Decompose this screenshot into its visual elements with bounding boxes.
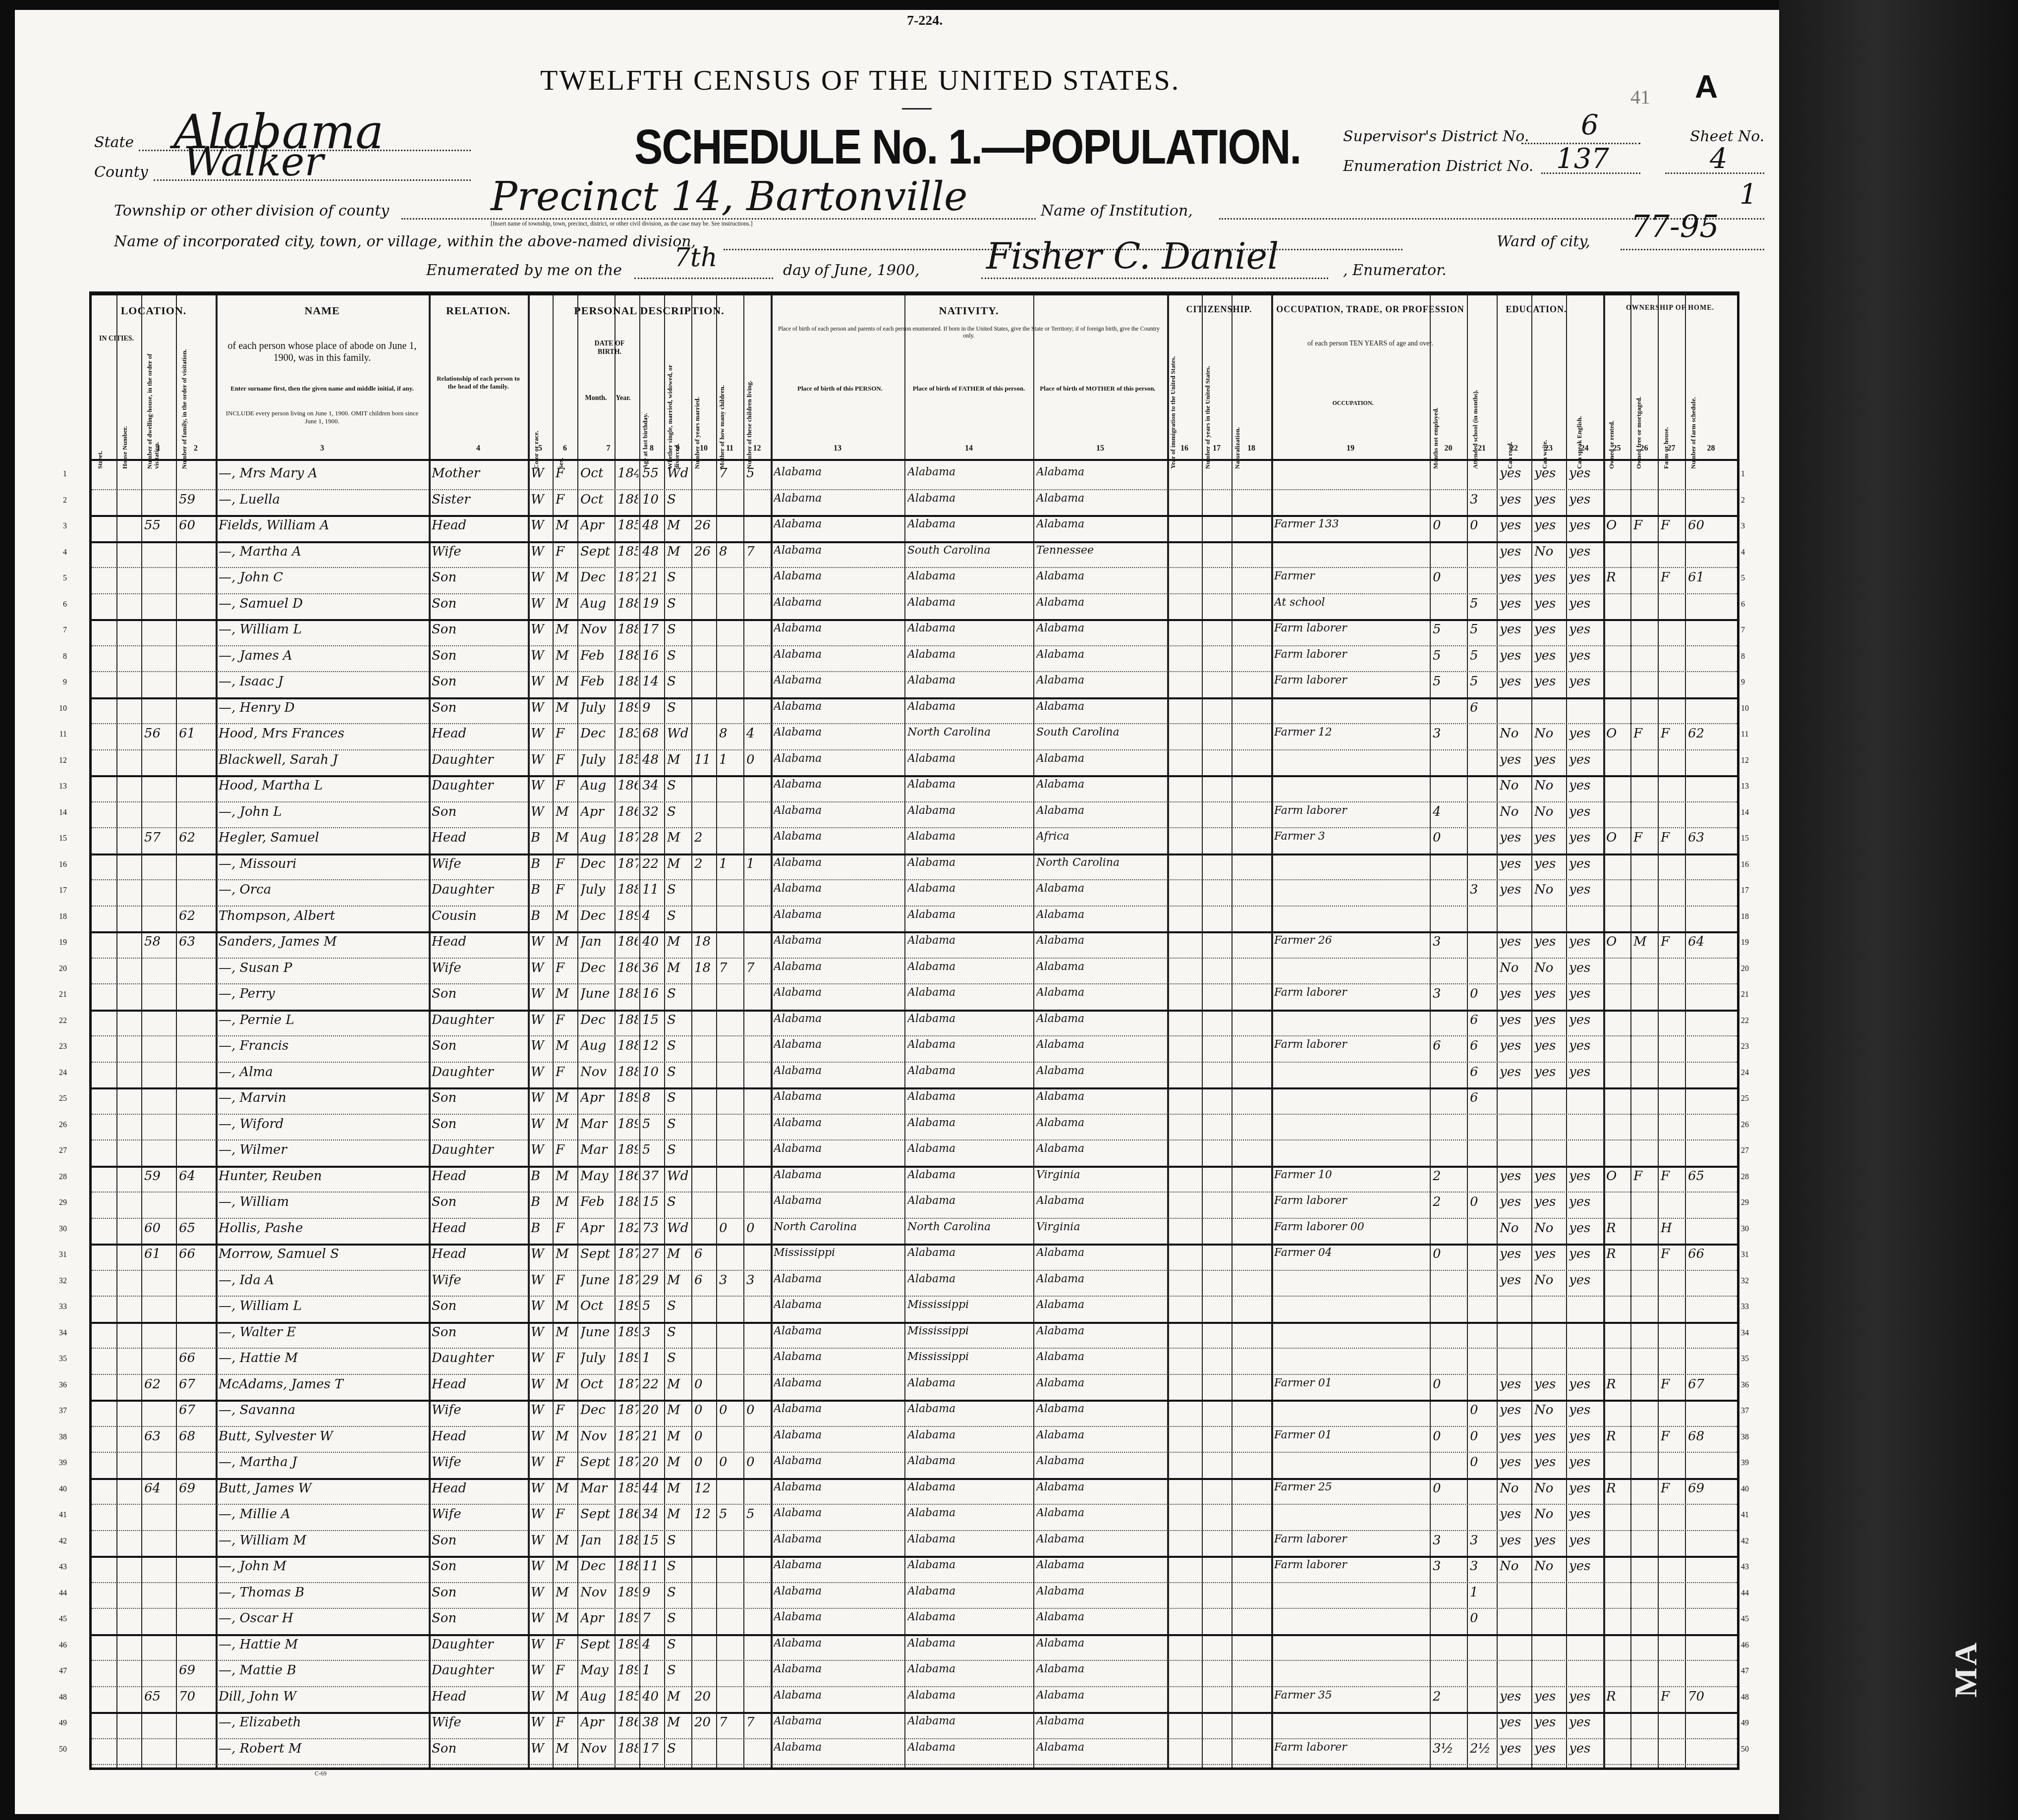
house-number-head: House Number. [121, 345, 141, 469]
cell-dw: 55 [144, 518, 175, 533]
cell-color: W [531, 1585, 552, 1600]
cell-bp: Alabama [774, 1169, 903, 1181]
cell-month: Dec [580, 1013, 614, 1027]
cell-sch: 0 [1470, 1455, 1496, 1470]
cell-fs: 63 [1688, 830, 1736, 845]
cell-bm: Virginia [1036, 1169, 1166, 1181]
cell-name: Thompson, Albert [219, 909, 428, 923]
cell-ym: 12 [694, 1481, 715, 1496]
cell-mar: M [667, 934, 690, 949]
cell-bp: Alabama [774, 492, 903, 505]
table-row: 5050—, Robert MSonWMNov188217SAlabamaAla… [92, 1738, 1737, 1765]
cell-occ: Farm laborer [1274, 648, 1429, 661]
cell-rel: Son [432, 570, 527, 585]
census-title: TWELFTH CENSUS OF THE UNITED STATES. [540, 63, 1180, 97]
cell-occ: Farm laborer [1274, 622, 1429, 634]
cell-sch: 5 [1470, 648, 1496, 663]
attended-school-head: Attended school (in months). [1472, 345, 1497, 469]
cell-year: 1882 [617, 622, 638, 637]
cell-dw: 62 [144, 1377, 175, 1392]
cell-age: 20 [642, 1455, 663, 1470]
table-row: 1313Hood, Martha LDaughterWFAug186534SAl… [92, 775, 1737, 802]
side-tab: MA [1948, 1641, 1984, 1698]
family-head: Number of family, in the order of visita… [181, 345, 211, 469]
table-row: 1717—, OrcaDaughterBFJuly188811SAlabamaA… [92, 879, 1737, 907]
cell-year: 1856 [617, 1481, 638, 1496]
cell-rel: Son [432, 1194, 527, 1209]
cell-eng: yes [1569, 466, 1602, 481]
line-number-right: 11 [1741, 730, 1761, 739]
cell-sex: M [556, 1481, 576, 1496]
cell-sex: F [556, 778, 576, 793]
cell-sex: M [556, 700, 576, 715]
cell-bf: Alabama [907, 1273, 1032, 1285]
cell-fs: 64 [1688, 934, 1736, 949]
cell-name: —, Mrs Mary A [219, 466, 428, 481]
line-number: 18 [47, 912, 67, 921]
occupation-head: OCCUPATION. [1276, 399, 1430, 406]
township-label: Township or other division of county [114, 202, 389, 220]
cell-bp: Alabama [774, 1663, 903, 1675]
cell-bm: Alabama [1036, 882, 1166, 895]
cell-fh: F [1661, 934, 1684, 949]
cell-own: R [1606, 1429, 1629, 1444]
table-row: 3939—, Martha JWifeWFSept187920M000Alaba… [92, 1452, 1737, 1480]
cell-bm: Africa [1036, 830, 1166, 843]
cell-mar: M [667, 1247, 690, 1261]
cell-color: W [531, 1637, 552, 1652]
line-number: 21 [47, 990, 67, 999]
cell-occ: Farm laborer [1274, 804, 1429, 817]
cell-bf: Alabama [907, 596, 1032, 609]
cell-bf: Alabama [907, 752, 1032, 765]
cell-rel: Son [432, 596, 527, 611]
cell-color: W [531, 1715, 552, 1730]
cell-own: R [1606, 1221, 1629, 1236]
line-number: 43 [47, 1563, 67, 1572]
cell-name: —, William M [219, 1533, 428, 1548]
cell-mar: M [667, 518, 690, 533]
column-number: 14 [904, 444, 1033, 453]
cell-occ: Farm laborer [1274, 1194, 1429, 1207]
years-married-head: Number of years married. [694, 345, 714, 469]
cell-bf: Alabama [907, 1013, 1032, 1025]
cell-year: 1883 [617, 986, 638, 1001]
cell-bm: Alabama [1036, 961, 1166, 973]
cell-fh: F [1661, 1429, 1684, 1444]
cell-color: W [531, 752, 552, 767]
cell-mar: Wd [667, 726, 690, 741]
cell-name: —, Oscar H [219, 1611, 428, 1626]
line-number: 5 [47, 574, 67, 583]
line-number: 42 [47, 1537, 67, 1546]
cell-occ: Farmer 3 [1274, 830, 1429, 843]
cell-month: Mar [580, 1481, 614, 1496]
cell-fam: 65 [179, 1221, 215, 1236]
farm-house-head: Farm or house. [1663, 345, 1682, 469]
cell-color: B [531, 909, 552, 923]
cell-read: No [1500, 961, 1530, 975]
table-row: 3333—, William LSonWMOct18945SAlabamaMis… [92, 1296, 1737, 1324]
table-row: 19195863Sanders, James MHeadWMJan186040M… [92, 931, 1737, 959]
cell-bf: Alabama [907, 674, 1032, 686]
cell-month: Aug [580, 596, 614, 611]
cell-bf: Alabama [907, 778, 1032, 791]
line-number-right: 6 [1741, 600, 1761, 609]
name-desc: of each person whose place of abode on J… [221, 340, 424, 364]
cell-eng: yes [1569, 1741, 1602, 1756]
cell-month: June [580, 1325, 614, 1340]
cell-fh: H [1661, 1221, 1684, 1236]
cell-write: No [1534, 1507, 1565, 1522]
cell-bm: Alabama [1036, 1507, 1166, 1519]
cell-bm: Alabama [1036, 1455, 1166, 1467]
cell-sex: F [556, 856, 576, 871]
cell-dw: 57 [144, 830, 175, 845]
cell-age: 44 [642, 1481, 663, 1496]
cell-color: W [531, 1247, 552, 1261]
cell-bp: Alabama [774, 1351, 903, 1363]
cell-dw: 63 [144, 1429, 175, 1444]
line-number-right: 37 [1741, 1407, 1761, 1416]
cell-eng: yes [1569, 1559, 1602, 1574]
cell-month: Aug [580, 1038, 614, 1053]
table-row: 2626—, WifordSonWMMar18955SAlabamaAlabam… [92, 1114, 1737, 1141]
cell-sex: F [556, 1663, 576, 1678]
cell-bp: Alabama [774, 1507, 903, 1519]
cell-eng: yes [1569, 1481, 1602, 1496]
cell-color: W [531, 492, 552, 507]
cell-bp: Alabama [774, 1741, 903, 1754]
cell-sex: M [556, 1117, 576, 1132]
cell-sex: M [556, 1429, 576, 1444]
cell-fm: F [1633, 726, 1657, 741]
cell-unemp: 0 [1433, 1377, 1466, 1392]
cell-bf: Alabama [907, 518, 1032, 530]
cell-bp: Alabama [774, 1455, 903, 1467]
cell-mar: S [667, 596, 690, 611]
enumerated-day-line [634, 278, 773, 279]
cell-write: yes [1534, 492, 1565, 507]
line-number-right: 38 [1741, 1433, 1761, 1442]
table-row: 88—, James ASonWMFeb188416SAlabamaAlabam… [92, 645, 1737, 673]
cell-rel: Son [432, 1325, 527, 1340]
cell-color: W [531, 934, 552, 949]
cell-name: —, Orca [219, 882, 428, 897]
cell-bf: Alabama [907, 1481, 1032, 1493]
table-row: 44—, Martha AWifeWFSept185148M2687Alabam… [92, 541, 1737, 569]
cell-unemp: 0 [1433, 570, 1466, 585]
cell-occ: Farm laborer [1274, 1559, 1429, 1571]
line-number: 3 [47, 522, 67, 531]
group-citizenship: CITIZENSHIP. [1167, 304, 1271, 315]
cell-rel: Son [432, 986, 527, 1001]
cell-color: W [531, 1663, 552, 1678]
cell-occ: Farmer 12 [1274, 726, 1429, 739]
line-number: 13 [47, 782, 67, 791]
cell-month: July [580, 1351, 614, 1365]
years-in-us-head: Number of years in the United States. [1204, 345, 1229, 469]
cell-eng: yes [1569, 1377, 1602, 1392]
cell-bf: Alabama [907, 492, 1032, 505]
cell-color: W [531, 1611, 552, 1626]
table-row: 1414—, John LSonWMApr186832SAlabamaAlaba… [92, 801, 1737, 829]
table-row: 4949—, ElizabethWifeWFApr186238M2077Alab… [92, 1712, 1737, 1739]
group-education: EDUCATION. [1469, 304, 1603, 315]
cell-bp: Alabama [774, 882, 903, 895]
cell-rel: Wife [432, 1507, 527, 1522]
cell-sex: F [556, 1221, 576, 1236]
cell-mar: S [667, 1013, 690, 1027]
line-number: 34 [47, 1329, 67, 1338]
cell-mo: 5 [719, 1507, 742, 1522]
line-number: 44 [47, 1589, 67, 1598]
cell-read: yes [1500, 1507, 1530, 1522]
table-row: 11115661Hood, Mrs FrancesHeadWFDec183168… [92, 723, 1737, 750]
cell-rel: Head [432, 1221, 527, 1236]
cell-read: yes [1500, 1741, 1530, 1756]
cell-unemp: 3 [1433, 986, 1466, 1001]
cell-name: —, William L [219, 1299, 428, 1313]
cell-rel: Son [432, 1585, 527, 1600]
cell-bm: North Carolina [1036, 856, 1166, 869]
cell-bm: Alabama [1036, 570, 1166, 582]
cell-bm: Alabama [1036, 648, 1166, 661]
cell-month: Aug [580, 778, 614, 793]
cell-read: yes [1500, 1455, 1530, 1470]
cell-bf: Alabama [907, 1429, 1032, 1441]
table-row: 99—, Isaac JSonWMFeb188614SAlabamaAlabam… [92, 671, 1737, 699]
cell-month: Apr [580, 1221, 614, 1236]
cell-age: 32 [642, 804, 663, 819]
cell-color: W [531, 466, 552, 481]
table-row: 3434—, Walter ESonWMJune18963SAlabamaMis… [92, 1322, 1737, 1349]
cell-fam: 66 [179, 1351, 215, 1365]
cell-dw: 56 [144, 726, 175, 741]
cell-eng: yes [1569, 830, 1602, 845]
cell-fam: 66 [179, 1247, 215, 1261]
cell-mar: M [667, 1429, 690, 1444]
cell-bf: North Carolina [907, 1221, 1032, 1233]
cell-mar: S [667, 909, 690, 923]
cell-age: 15 [642, 1013, 663, 1027]
city-label: Name of incorporated city, town, or vill… [114, 233, 696, 250]
cell-year: 1890 [617, 1585, 638, 1600]
cell-bf: Alabama [907, 1117, 1032, 1129]
cell-bp: Alabama [774, 1715, 903, 1727]
enumerated-day: 7th [674, 243, 717, 273]
cell-read: No [1500, 726, 1530, 741]
cell-age: 48 [642, 752, 663, 767]
cell-year: 1880 [617, 596, 638, 611]
cell-read: yes [1500, 518, 1530, 533]
cell-sex: M [556, 596, 576, 611]
line-number-right: 32 [1741, 1277, 1761, 1286]
cell-rel: Daughter [432, 752, 527, 767]
cell-read: yes [1500, 752, 1530, 767]
cell-unemp: 3½ [1433, 1741, 1466, 1756]
cell-name: McAdams, James T [219, 1377, 428, 1392]
cell-age: 55 [642, 466, 663, 481]
line-number-right: 16 [1741, 860, 1761, 869]
cell-eng: yes [1569, 1273, 1602, 1288]
cell-mar: S [667, 1351, 690, 1365]
cell-age: 7 [642, 1611, 663, 1626]
cell-mar: S [667, 1065, 690, 1080]
cell-age: 19 [642, 596, 663, 611]
table-row: 40406469Butt, James WHeadWMMar185644M12A… [92, 1478, 1737, 1505]
cell-fam: 67 [179, 1377, 215, 1392]
cell-fam: 69 [179, 1663, 215, 1678]
cell-month: May [580, 1169, 614, 1184]
line-number: 38 [47, 1433, 67, 1442]
cell-color: B [531, 1194, 552, 1209]
cell-read: No [1500, 1221, 1530, 1236]
cell-sex: M [556, 830, 576, 845]
line-number: 37 [47, 1407, 67, 1416]
color-head: Color or race. [533, 345, 553, 469]
cell-mar: M [667, 961, 690, 975]
cell-occ: Farm laborer [1274, 986, 1429, 999]
cell-bm: Alabama [1036, 674, 1166, 686]
line-number: 20 [47, 965, 67, 973]
cell-year: 1863 [617, 1169, 638, 1184]
cell-eng: yes [1569, 726, 1602, 741]
cell-bm: South Carolina [1036, 726, 1166, 739]
cell-ch: 3 [746, 1273, 770, 1288]
cell-ym: 18 [694, 961, 715, 975]
cell-read: yes [1500, 1273, 1530, 1288]
line-number: 26 [47, 1121, 67, 1130]
line-number-right: 3 [1741, 522, 1761, 531]
cell-age: 15 [642, 1194, 663, 1209]
township-note: [Insert name of township, town, precinct… [491, 220, 753, 227]
cell-read: yes [1500, 1429, 1530, 1444]
cell-sex: F [556, 492, 576, 507]
cell-rel: Daughter [432, 1663, 527, 1678]
table-row: 30306065Hollis, PasheHeadBFApr182773Wd00… [92, 1218, 1737, 1246]
cell-write: No [1534, 882, 1565, 897]
cell-sex: M [556, 1377, 576, 1392]
cell-bm: Alabama [1036, 1065, 1166, 1077]
cell-mar: S [667, 1142, 690, 1157]
cell-fh: F [1661, 1247, 1684, 1261]
cell-mar: S [667, 1559, 690, 1574]
cell-name: Blackwell, Sarah J [219, 752, 428, 767]
enumerator-signature: Fisher C. Daniel [986, 235, 1279, 277]
cell-name: —, John C [219, 570, 428, 585]
institution-label: Name of Institution, [1041, 202, 1193, 220]
line-number-right: 14 [1741, 808, 1761, 817]
cell-unemp: 3 [1433, 1533, 1466, 1548]
cell-write: yes [1534, 830, 1565, 845]
farm-schedule-head: Number of farm schedule. [1690, 345, 1710, 469]
cell-bf: Alabama [907, 1689, 1032, 1702]
cell-bp: Alabama [774, 830, 903, 843]
cell-ym: 0 [694, 1429, 715, 1444]
cell-rel: Head [432, 518, 527, 533]
cell-rel: Cousin [432, 909, 527, 923]
table-row: 4545—, Oscar HSonWMApr18937SAlabamaAlaba… [92, 1608, 1737, 1636]
cell-sex: F [556, 1065, 576, 1080]
cell-bp: Alabama [774, 1325, 903, 1337]
line-number: 12 [47, 756, 67, 765]
cell-unemp: 3 [1433, 1559, 1466, 1574]
cell-name: Butt, James W [219, 1481, 428, 1496]
cell-rel: Head [432, 1377, 527, 1392]
cell-name: —, Wiford [219, 1117, 428, 1132]
cell-age: 17 [642, 1741, 663, 1756]
cell-eng: yes [1569, 882, 1602, 897]
cell-occ: Farmer 04 [1274, 1247, 1429, 1259]
table-row: 373767—, SavannaWifeWFDec187920M000Alaba… [92, 1400, 1737, 1427]
cell-bf: South Carolina [907, 544, 1032, 557]
cell-year: 1844 [617, 466, 638, 481]
cell-name: —, Savanna [219, 1403, 428, 1418]
cell-month: Aug [580, 830, 614, 845]
cell-write: yes [1534, 622, 1565, 637]
cell-year: 1884 [617, 1013, 638, 1027]
cell-write: yes [1534, 1013, 1565, 1027]
cell-year: 1871 [617, 830, 638, 845]
cell-sex: F [556, 1637, 576, 1652]
cell-bf: Alabama [907, 882, 1032, 895]
cell-age: 27 [642, 1247, 663, 1261]
cell-occ: Farmer 133 [1274, 518, 1429, 530]
name-instr-2: INCLUDE every person living on June 1, 1… [225, 409, 419, 425]
cell-age: 40 [642, 1689, 663, 1704]
cell-mar: S [667, 1194, 690, 1209]
cell-read: yes [1500, 648, 1530, 663]
children-living-head: Number of these children living. [746, 345, 771, 469]
cell-month: Dec [580, 726, 614, 741]
cell-sch: 6 [1470, 1090, 1496, 1105]
cell-eng: yes [1569, 1247, 1602, 1261]
cell-name: —, James A [219, 648, 428, 663]
cell-read: No [1500, 804, 1530, 819]
cell-ym: 18 [694, 934, 715, 949]
cell-bp: Mississippi [774, 1247, 903, 1259]
cell-bp: Alabama [774, 1403, 903, 1415]
cell-age: 16 [642, 986, 663, 1001]
line-number: 27 [47, 1146, 67, 1155]
line-number-right: 42 [1741, 1537, 1761, 1546]
cell-mar: S [667, 1117, 690, 1132]
line-number: 7 [47, 626, 67, 635]
cell-month: Apr [580, 1611, 614, 1626]
cell-bp: Alabama [774, 466, 903, 478]
cell-name: Sanders, James M [219, 934, 428, 949]
cell-month: Sept [580, 1455, 614, 1470]
table-row: 2020—, Susan PWifeWFDec186436M1877Alabam… [92, 958, 1737, 985]
cell-month: Oct [580, 492, 614, 507]
cell-age: 12 [642, 1038, 663, 1053]
cell-name: —, Francis [219, 1038, 428, 1053]
cell-write: yes [1534, 674, 1565, 689]
cell-bf: Alabama [907, 622, 1032, 634]
cell-bm: Alabama [1036, 1117, 1166, 1129]
cell-name: —, Hattie M [219, 1351, 428, 1365]
cell-color: W [531, 1013, 552, 1027]
cell-write: yes [1534, 1715, 1565, 1730]
line-number-right: 33 [1741, 1303, 1761, 1311]
cell-bf: Alabama [907, 1507, 1032, 1519]
cell-write: No [1534, 804, 1565, 819]
cell-read: yes [1500, 934, 1530, 949]
cell-rel: Head [432, 830, 527, 845]
cell-ch: 0 [746, 752, 770, 767]
cell-mar: S [667, 674, 690, 689]
